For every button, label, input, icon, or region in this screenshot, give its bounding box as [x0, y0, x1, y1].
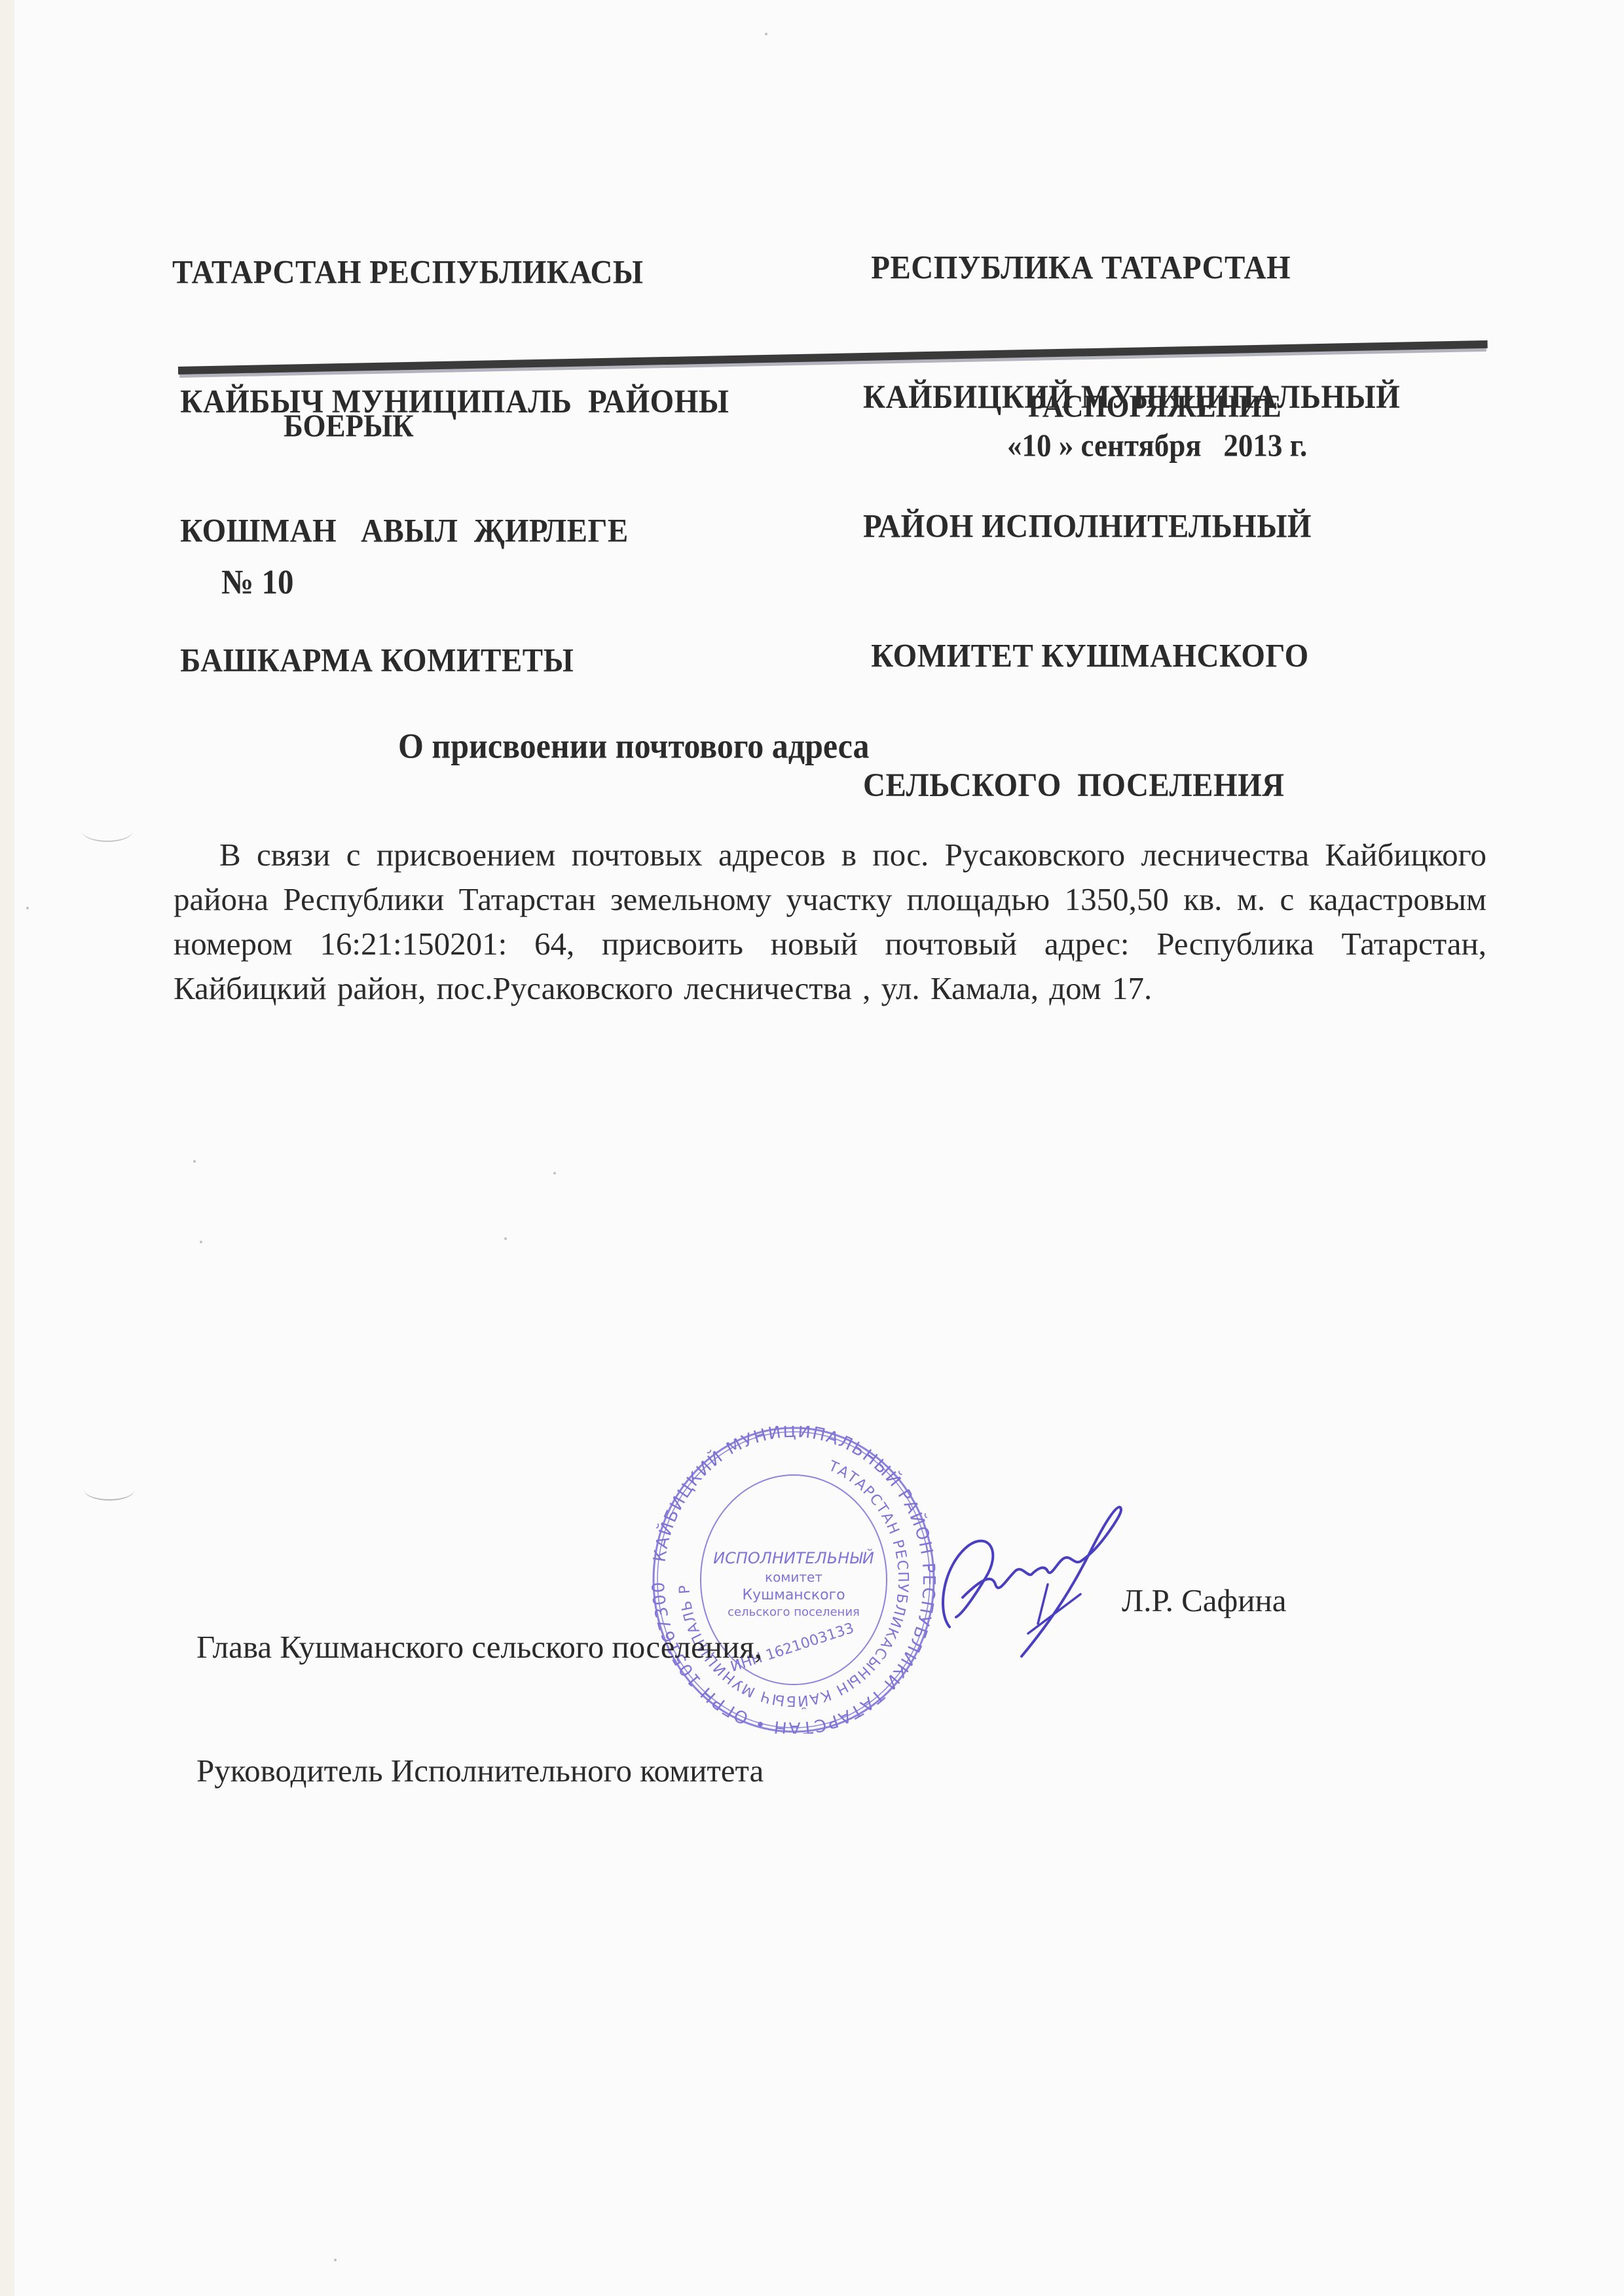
document-body: В связи с присвоением почтовых адресов в…	[174, 833, 1486, 1011]
punch-hole-top	[82, 820, 133, 842]
header-russian-line: РЕСПУБЛИКА ТАТАРСТАН	[863, 247, 1400, 290]
signatory-role-line-2: Руководитель Исполнительного комитета	[196, 1750, 764, 1791]
header-russian-line: СЕЛЬСКОГО ПОСЕЛЕНИЯ	[863, 764, 1400, 807]
scan-speck	[26, 907, 29, 909]
stamp-center-line-2: комитет	[765, 1569, 822, 1585]
header-tatar-line: КОШМАН АВЫЛ ҖИРЛЕГЕ	[172, 510, 729, 553]
header-tatar-line: ТАТАРСТАН РЕСПУБЛИКАСЫ	[172, 251, 729, 295]
document-title: О присвоении почтового адреса	[398, 725, 869, 767]
punch-hole-bottom	[84, 1478, 135, 1501]
document-number: № 10	[221, 562, 294, 602]
scan-speck	[200, 1241, 202, 1243]
header-tatar-line: КАЙБЫЧ МУНИЦИПАЛЬ РАЙОНЫ	[172, 380, 729, 424]
header-russian-line: РАЙОН ИСПОЛНИТЕЛЬНЫЙ	[863, 505, 1400, 549]
signatory-role: Глава Кушманского сельского поселения, Р…	[196, 1544, 764, 1832]
scan-speck	[553, 1172, 556, 1175]
header-russian: РЕСПУБЛИКА ТАТАРСТАН КАЙБИЦКИЙ МУНИЦИПАЛ…	[863, 160, 1400, 850]
document-type-tatar: БОЕРЫК	[284, 407, 414, 444]
header-tatar-line: БАШКАРМА КОМИТЕТЫ	[172, 640, 729, 683]
document-type-russian: РАСПОРЯЖЕНИЕ	[1028, 388, 1282, 424]
handwritten-signature	[923, 1499, 1172, 1663]
page-edge	[0, 0, 14, 2296]
document-date: «10 » сентября 2013 г.	[1007, 427, 1307, 464]
signatory-role-line-1: Глава Кушманского сельского поселения,	[196, 1626, 764, 1667]
header-russian-line: КОМИТЕТ КУШМАНСКОГО	[863, 635, 1400, 678]
header-tatar: ТАТАРСТАН РЕСПУБЛИКАСЫ КАЙБЫЧ МУНИЦИПАЛЬ…	[172, 165, 729, 725]
scan-speck	[504, 1237, 507, 1240]
scan-speck	[765, 33, 767, 35]
scan-speck	[334, 2259, 337, 2261]
scan-speck	[193, 1160, 196, 1163]
